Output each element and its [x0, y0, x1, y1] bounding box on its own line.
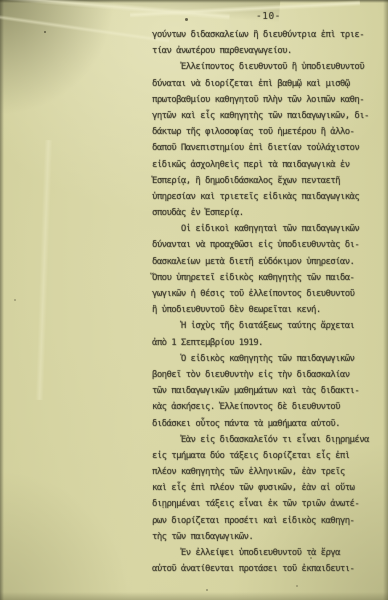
paper-speck: [185, 18, 188, 21]
document-line: γωγικῶν ἡ θέσις τοῦ ἐλλείποντος διευθυντ…: [152, 286, 380, 302]
document-line: πλέον καθηγητὴς τῶν ἑλληνικῶν, ἐὰν τρεῖς: [152, 464, 380, 480]
paper-speck: [206, 589, 208, 591]
document-line: Ἑσπερίᾳ, ἢ δημοδιδάσκαλος ἔχων πενταετῆ: [152, 173, 380, 189]
document-line: καὶ εἷς ἐπὶ πλέον τῶν φυσικῶν, ἐὰν αἱ οὕ…: [152, 480, 380, 496]
document-line: δύνανται νὰ προαχθῶσι εἰς ὑποδιευθυντὰς …: [152, 237, 380, 253]
document-line: αὐτοῦ ἀνατίθενται προτάσει τοῦ ἐκπαιδευτ…: [152, 561, 380, 577]
document-line: Ὅπου ὑπηρετεῖ εἰδικὸς καθηγητὴς τῶν παιδ…: [152, 270, 380, 286]
document-line: ὑπηρεσίαν καὶ τριετεῖς εἰδικὰς παιδαγωγι…: [152, 189, 380, 205]
document-line: δασκαλείων μετὰ διετῆ εὐδόκιμον ὑπηρεσία…: [152, 254, 380, 270]
document-line: Ἡ ἰσχὺς τῆς διατάξεως ταύτης ἄρχεται: [152, 318, 380, 334]
paper-speck: [296, 585, 298, 587]
document-line: ἀπὸ 1 Σεπτεμβρίου 1919.: [152, 335, 380, 351]
document-line: γούντων διδασκαλείων ἢ διευθύντρια ἐπὶ τ…: [152, 27, 380, 43]
document-line: Ἐν ἐλλείψει ὑποδιευθυντοῦ τὰ ἔργα: [152, 545, 380, 561]
document-line: διῃρημέναι τάξεις εἶναι ἐκ τῶν τριῶν ἀνω…: [152, 496, 380, 512]
document-line: εἰς τμήματα δύο τάξεις διορίζεται εἷς ἐπ…: [152, 448, 380, 464]
document-line: τίαν ἀνωτέρου παρθεναγωγείου.: [152, 43, 380, 59]
document-line: ρων διορίζεται προσέτι καὶ εἰδικὸς καθηγ…: [152, 513, 380, 529]
paper-crease: [35, 140, 52, 400]
paper-crease: [130, 0, 360, 18]
document-line: εἰδικῶς ἀσχοληθεὶς περὶ τὰ παιδαγωγικὰ ἐ…: [152, 157, 380, 173]
document-line: διδάσκει οὗτος πάντα τὰ μαθήματα αὐτοῦ.: [152, 416, 380, 432]
page-number: -10-: [256, 11, 281, 22]
document-line: τῶν παιδαγωγικῶν μαθημάτων καὶ τὰς διδακ…: [152, 383, 380, 399]
document-line: γητῶν καὶ εἷς καθηγητὴς τῶν παιδαγωγικῶν…: [152, 108, 380, 124]
document-line: Ὁ εἰδικὸς καθηγητὴς τῶν παιδαγωγικῶν: [152, 351, 380, 367]
document-line: δύναται νὰ διορίζεται ἐπὶ βαθμῷ καὶ μισθ…: [152, 76, 380, 92]
paper-speck: [310, 557, 312, 559]
paper-speck: [44, 31, 46, 33]
document-line: Οἱ εἰδικοὶ καθηγηταὶ τῶν παιδαγωγικῶν: [152, 221, 380, 237]
paper-crease: [0, 0, 230, 20]
document-line: Ἐὰν εἰς διδασκαλεῖόν τι εἶναι διῃρημένα: [152, 432, 380, 448]
paper-speck: [14, 299, 16, 301]
document-line: βοηθεῖ τὸν διευθυντὴν εἰς τὴν διδασκαλία…: [152, 367, 380, 383]
document-text-block: γούντων διδασκαλείων ἢ διευθύντρια ἐπὶ τ…: [152, 27, 380, 577]
document-line: Ἐλλείποντος διευθυντοῦ ἢ ὑποδιευθυντοῦ: [152, 59, 380, 75]
document-line: δαποῦ Πανεπιστημίου ἐπὶ διετίαν τοὐλάχισ…: [152, 140, 380, 156]
document-line: δάκτωρ τῆς φιλοσοφίας τοῦ ἡμετέρου ἢ ἀλλ…: [152, 124, 380, 140]
document-line: σπουδὰς ἐν Ἑσπερίᾳ.: [152, 205, 380, 221]
scanned-document-page: -10- γούντων διδασκαλείων ἢ διευθύντρια …: [0, 0, 388, 600]
document-line: κὰς ἀσκήσεις. Ἐλλείποντος δὲ διευθυντοῦ: [152, 399, 380, 415]
document-line: ἢ ὑποδιευθυντοῦ δὲν θεωρεῖται κενή.: [152, 302, 380, 318]
document-line: τὴς τῶν παιδαγωγικῶν.: [152, 529, 380, 545]
paper-crease: [0, 13, 169, 43]
paper-top-shadow: [0, 0, 281, 22]
document-line: πρωτοβαθμίου καθηγητοῦ πλὴν τῶν λοιπῶν κ…: [152, 92, 380, 108]
